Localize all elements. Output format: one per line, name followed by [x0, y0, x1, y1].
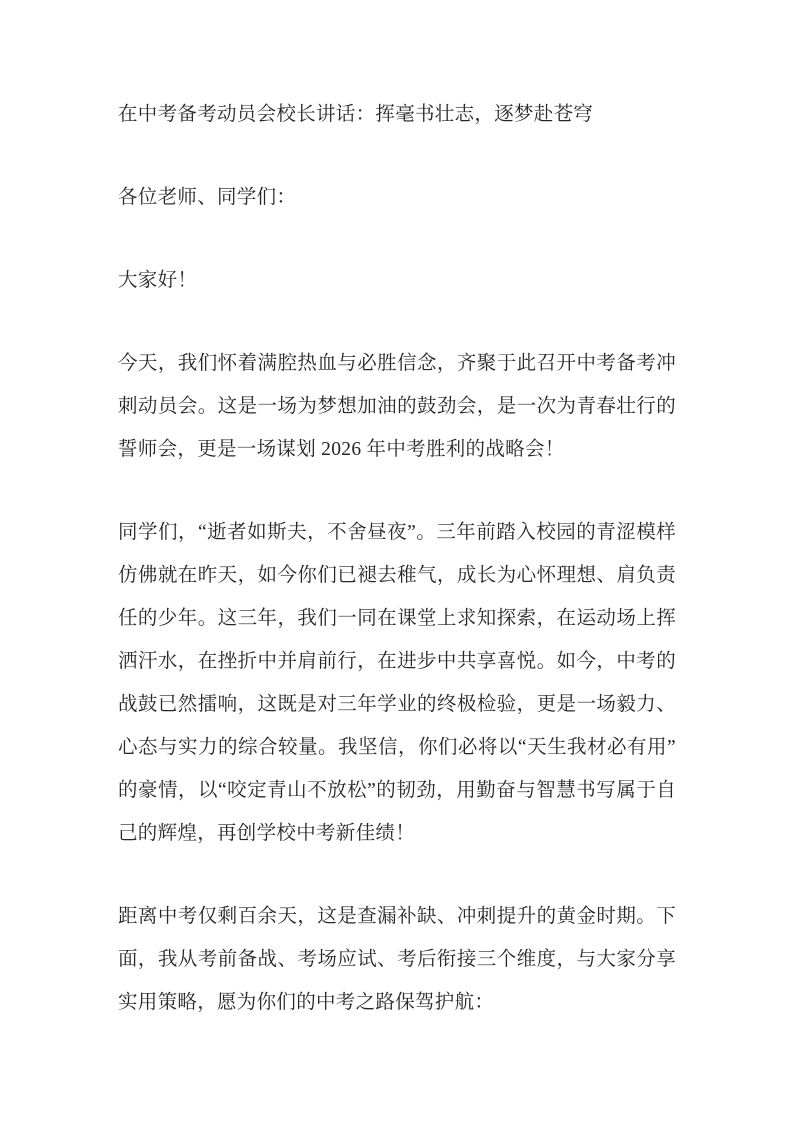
document-body: 各位老师、同学们：大家好！今天，我们怀着满腔热血与必胜信念，齐聚于此召开中考备考…: [118, 176, 676, 1024]
paragraph: 各位老师、同学们：: [118, 176, 676, 219]
paragraph: 今天，我们怀着满腔热血与必胜信念，齐聚于此召开中考备考冲刺动员会。这是一场为梦想…: [118, 342, 676, 471]
paragraph: 大家好！: [118, 259, 676, 302]
paragraph: 距离中考仅剩百余天，这是查漏补缺、冲刺提升的黄金时期。下面，我从考前备战、考场应…: [118, 895, 676, 1024]
document-page: 在中考备考动员会校长讲话：挥毫书壮志，逐梦赴苍穹 各位老师、同学们：大家好！今天…: [0, 0, 793, 1122]
document-title: 在中考备考动员会校长讲话：挥毫书壮志，逐梦赴苍穹: [118, 93, 676, 136]
paragraph: 同学们，“逝者如斯夫，不舍昼夜”。三年前踏入校园的青涩模样仿佛就在昨天，如今你们…: [118, 511, 676, 855]
